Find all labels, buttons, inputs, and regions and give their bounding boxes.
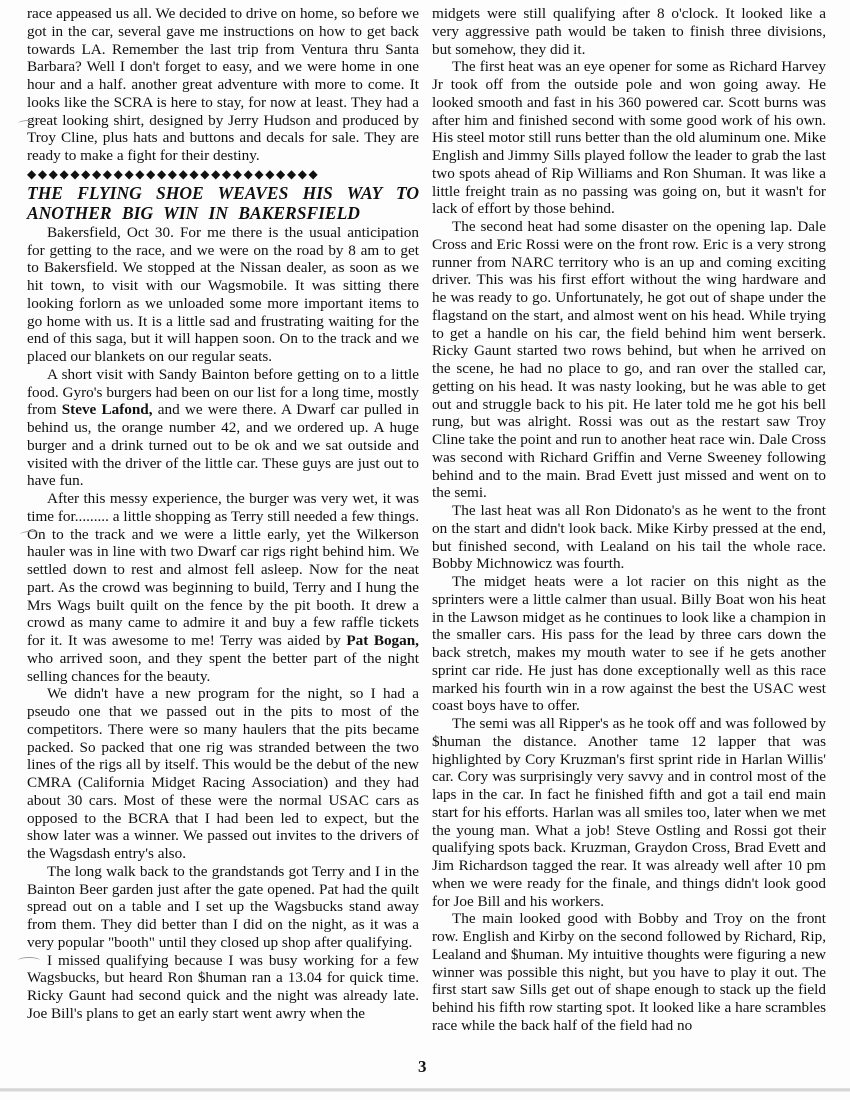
headline-line-1: THE FLYING SHOE WEAVES HIS WAY TO: [27, 183, 419, 203]
article-paragraph: We didn't have a new program for the nig…: [27, 685, 419, 863]
diamond-divider: ◆◆◆◆◆◆◆◆◆◆◆◆◆◆◆◆◆◆◆◆◆◆◆◆◆◆◆: [27, 165, 419, 183]
paragraph-text: who arrived soon, and they spent the bet…: [27, 650, 419, 685]
scanned-newsletter-page: race appeased us all. We decided to driv…: [0, 0, 850, 1100]
page-curl-mark: [20, 531, 42, 538]
continued-paragraph: race appeased us all. We decided to driv…: [27, 5, 419, 165]
article-paragraph: Bakersfield, Oct 30. For me there is the…: [27, 224, 419, 366]
article-paragraph: The long walk back to the grandstands go…: [27, 863, 419, 952]
page-number: 3: [418, 1057, 427, 1077]
bold-name: Steve Lafond,: [62, 401, 153, 418]
article-paragraph: The last heat was all Ron Didonato's as …: [432, 502, 826, 573]
scan-edge-shadow: [0, 1088, 850, 1092]
article-paragraph: I missed qualifying because I was busy w…: [27, 952, 419, 1023]
article-paragraph: The semi was all Ripper's as he took off…: [432, 715, 826, 910]
page-curl-mark: [18, 957, 40, 964]
headline-line-2: ANOTHER BIG WIN IN BAKERSFIELD: [27, 203, 360, 223]
article-headline: THE FLYING SHOE WEAVES HIS WAY TO ANOTHE…: [27, 183, 419, 223]
article-paragraph: After this messy experience, the burger …: [27, 490, 419, 685]
article-paragraph: The midget heats were a lot racier on th…: [432, 573, 826, 715]
left-column: race appeased us all. We decided to driv…: [27, 5, 419, 1023]
article-paragraph: The first heat was an eye opener for som…: [432, 58, 826, 218]
right-column: midgets were still qualifying after 8 o'…: [432, 5, 826, 1035]
paragraph-text: After this messy experience, the burger …: [27, 490, 419, 649]
article-paragraph: midgets were still qualifying after 8 o'…: [432, 5, 826, 58]
bold-name: Pat Bogan,: [346, 632, 419, 649]
article-paragraph: The second heat had some disaster on the…: [432, 218, 826, 502]
article-paragraph: A short visit with Sandy Bainton before …: [27, 366, 419, 490]
article-paragraph: The main looked good with Bobby and Troy…: [432, 910, 826, 1034]
page-curl-mark: [18, 120, 40, 127]
